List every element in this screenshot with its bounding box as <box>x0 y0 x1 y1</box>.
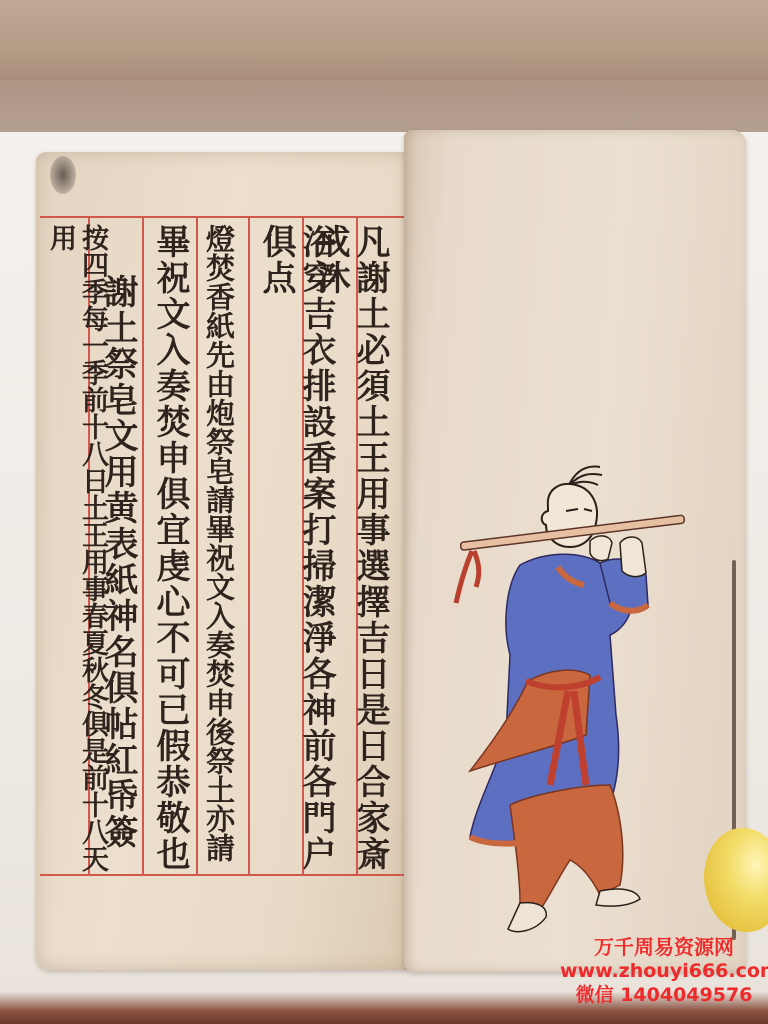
red-ruled-grid: 凡謝土必須土王用事選擇吉日是日合家斎戒沐 浴穿吉衣排設香案打掃潔淨各神前各門户俱… <box>40 216 406 876</box>
text-column-4: 畢祝文入奏焚申俱宜虔心不可已假恭敬也 <box>150 224 190 872</box>
watermark-contact: 微信 1404049576 <box>560 983 768 1007</box>
grid-column-rule <box>142 216 144 876</box>
grid-column-rule <box>196 216 198 876</box>
watermark-url: www.zhouyi666.com <box>560 959 768 983</box>
shelf-background-top <box>0 0 768 80</box>
flute-player-illustration <box>450 455 710 955</box>
grid-top-rule <box>40 216 406 218</box>
grid-column-rule <box>248 216 250 876</box>
shelf-band <box>0 80 768 132</box>
ink-smudge <box>50 156 76 194</box>
watermark: 万千周易资源网 www.zhouyi666.com 微信 1404049576 <box>560 935 768 1007</box>
text-column-6: 按四季每一季前十八日土王用事春夏秋冬俱是前十八天用 <box>44 224 108 876</box>
text-column-2: 浴穿吉衣排設香案打掃潔淨各神前各門户俱点 <box>256 224 336 876</box>
left-manuscript-page: 凡謝土必須土王用事選擇吉日是日合家斎戒沐 浴穿吉衣排設香案打掃潔淨各神前各門户俱… <box>36 152 408 970</box>
watermark-site-name: 万千周易资源网 <box>560 935 768 959</box>
text-column-3: 燈焚香紙先由炮祭皂請畢祝文入奏焚申後祭土亦請 <box>202 224 236 862</box>
